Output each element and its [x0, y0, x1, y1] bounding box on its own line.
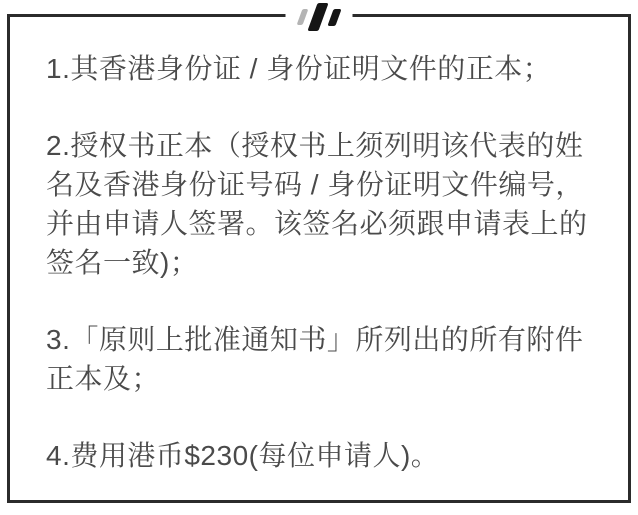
- text-line: 签名一致)；: [46, 243, 610, 282]
- slash-bar-short: [327, 9, 341, 26]
- slash-marks-icon: [286, 1, 353, 33]
- text-line: 正本及；: [46, 359, 610, 398]
- list-item: 3.「原则上批准通知书」所列出的所有附件 正本及；: [46, 320, 610, 398]
- slash-bar-tall: [307, 3, 328, 31]
- slash-bar-light: [297, 9, 309, 25]
- requirements-card: 1.其香港身份证 / 身份证明文件的正本； 2.授权书正本（授权书上须列明该代表…: [7, 14, 631, 503]
- text-line: 并由申请人签署。该签名必须跟申请表上的: [46, 204, 610, 243]
- text-line: 名及香港身份证号码 / 身份证明文件编号，: [46, 165, 610, 204]
- list-item: 4.费用港币$230(每位申请人)。: [46, 436, 610, 475]
- list-item: 1.其香港身份证 / 身份证明文件的正本；: [46, 49, 610, 88]
- requirements-list: 1.其香港身份证 / 身份证明文件的正本； 2.授权书正本（授权书上须列明该代表…: [10, 17, 628, 475]
- text-line: 3.「原则上批准通知书」所列出的所有附件: [46, 320, 610, 359]
- text-line: 2.授权书正本（授权书上须列明该代表的姓: [46, 126, 610, 165]
- text-line: 4.费用港币$230(每位申请人)。: [46, 436, 610, 475]
- text-line: 1.其香港身份证 / 身份证明文件的正本；: [46, 49, 610, 88]
- list-item: 2.授权书正本（授权书上须列明该代表的姓 名及香港身份证号码 / 身份证明文件编…: [46, 126, 610, 282]
- page: 1.其香港身份证 / 身份证明文件的正本； 2.授权书正本（授权书上须列明该代表…: [0, 0, 638, 515]
